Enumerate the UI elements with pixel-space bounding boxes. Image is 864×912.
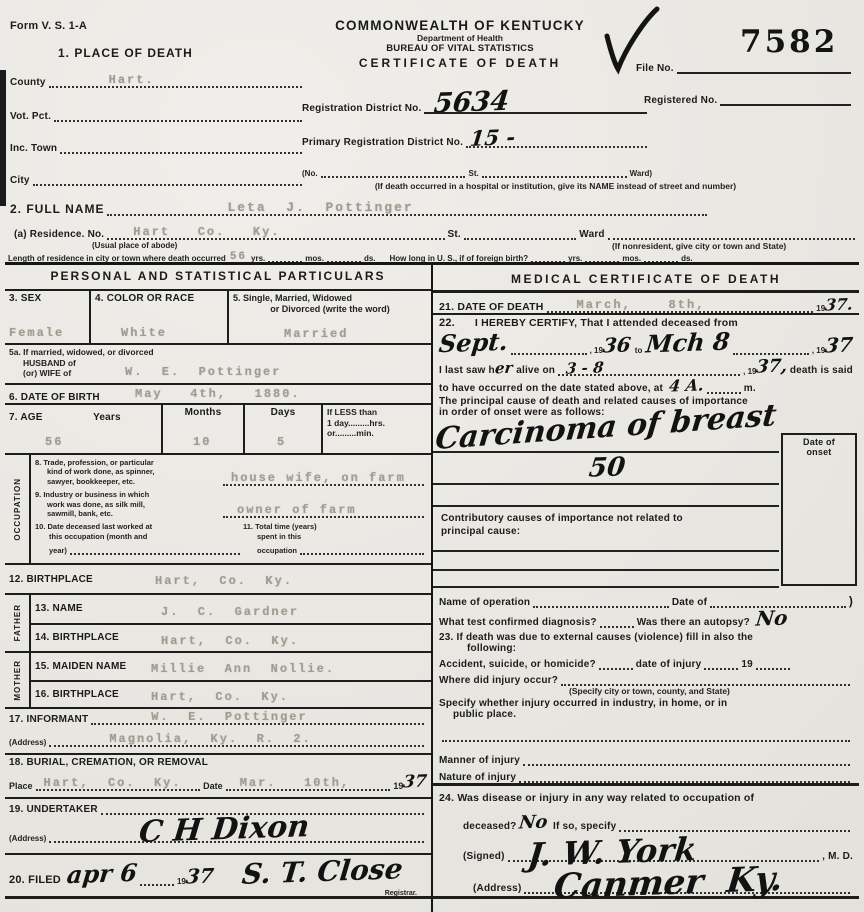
form-body: PERSONAL AND STATISTICAL PARTICULARS 3. … <box>5 262 859 912</box>
date-of-death-label: 21. DATE OF DEATH <box>439 301 544 313</box>
department-line: Department of Health <box>285 33 635 43</box>
total-time-field: 11. Total time (years) spent in this occ… <box>243 522 427 555</box>
street-no-line <box>321 164 466 178</box>
occupation-block: OCCUPATION 8. Trade, profession, or part… <box>5 455 431 565</box>
informant-line: W. E. Pottinger <box>91 711 424 725</box>
total-time-label-2: spent in this <box>257 532 427 541</box>
residence-field: (a) Residence. No. Hart Co. Ky. St. Ward <box>14 226 858 240</box>
street-st-label: St. <box>468 169 478 178</box>
operation-label: Name of operation <box>439 597 530 608</box>
item24-text: 24. Was disease or injury in any way rel… <box>439 792 853 804</box>
less-than-day-cell: If LESS than 1 day.........hrs. or......… <box>323 405 431 453</box>
industry-label-1: 9. Industry or business in which <box>35 490 220 499</box>
date-of-death-value: March, 8th, <box>577 298 706 312</box>
father-name-row: 13. NAME J. C. Gardner <box>31 595 431 625</box>
from-year-hand: 36 <box>602 334 632 355</box>
occupation-content: 8. Trade, profession, or particular kind… <box>31 455 431 563</box>
specify-text-1: Specify whether injury occurred in indus… <box>439 698 853 709</box>
industry-line: owner of farm <box>223 504 424 518</box>
filed-row: 20. FILED apr 6 19 37 S. T. Close Regist… <box>5 855 431 899</box>
full-name-field: 2. FULL NAME Leta J. Pottinger <box>10 202 710 216</box>
occurred-text: to have occurred on the date stated abov… <box>439 383 663 394</box>
where-label: Where did injury occur? <box>439 675 558 686</box>
residence-line: Hart Co. Ky. <box>107 226 444 240</box>
test-label: What test confirmed diagnosis? <box>439 617 597 628</box>
trade-label-3: sawyer, bookkeeper, etc. <box>47 477 220 486</box>
total-time-label-3: occupation <box>257 546 297 555</box>
undertaker-signature: C H Dixon <box>138 812 311 848</box>
county-value: Hart. <box>109 73 155 87</box>
father-name-value: J. C. Gardner <box>161 605 299 619</box>
mother-name-row: 15. MAIDEN NAME Millie Ann Nollie. <box>31 653 431 682</box>
industry-field: 9. Industry or business in which work wa… <box>35 490 427 518</box>
medical-certificate-column: MEDICAL CERTIFICATE OF DEATH 21. DATE OF… <box>433 265 859 912</box>
marital-cell: 5. Single, Married, Widowed or Divorced … <box>229 291 431 343</box>
item23-text-1: 23. If death was due to external causes … <box>439 632 853 643</box>
age-years-label: Years <box>93 412 121 423</box>
occurred-m-label: m. <box>744 383 756 394</box>
full-name-label: 2. FULL NAME <box>10 202 104 216</box>
trade-field: 8. Trade, profession, or particular kind… <box>35 458 427 486</box>
nature-row: Nature of injury <box>433 766 859 786</box>
saw-suffix: death is said <box>790 365 853 376</box>
personal-particulars-column: PERSONAL AND STATISTICAL PARTICULARS 3. … <box>5 265 433 912</box>
race-label: 4. COLOR OR RACE <box>95 293 223 304</box>
registration-district-field: Registration District No. 5634 <box>302 100 650 114</box>
file-no-label: File No. <box>636 63 674 74</box>
primary-district-line: 15 - <box>466 134 647 148</box>
burial-place-value: Hart, Co. Ky. <box>44 776 182 790</box>
operation-date-label: Date of <box>672 597 707 608</box>
residence-value: Hart Co. Ky. <box>133 225 280 239</box>
burial-date-value: Mar. 10th, <box>240 776 350 790</box>
injury-date-label: date of injury <box>636 659 702 670</box>
informant-row: 17. INFORMANT W. E. Pottinger (Address) … <box>5 709 431 755</box>
county-line: Hart. <box>49 74 302 88</box>
last-worked-field: 10. Date deceased last worked at this oc… <box>35 522 243 555</box>
dob-row: 6. DATE OF BIRTH May 4th, 1880. <box>5 385 431 405</box>
street-no-label: (No. <box>302 169 318 178</box>
burial-fields: Place Hart, Co. Ky. Date Mar. 10th, 19 3… <box>9 774 427 791</box>
to-year-hand: 37 <box>824 334 854 355</box>
mother-birthplace-label: 16. BIRTHPLACE <box>35 689 119 700</box>
industry-label-3: sawmill, bank, etc. <box>47 509 220 518</box>
dob-value: May 4th, 1880. <box>135 387 301 401</box>
burial-place-label: Place <box>9 781 33 791</box>
physician-address-hand: Canmer Ky. <box>553 862 785 904</box>
saw-year-hand: 37, <box>756 357 789 376</box>
autopsy-row: What test confirmed diagnosis? Was there… <box>433 608 859 628</box>
date-of-death-row: 21. DATE OF DEATH March, 8th, 19 37. <box>433 293 859 315</box>
date-of-death-line: March, 8th, <box>547 299 814 313</box>
burial-place-line: Hart, Co. Ky. <box>36 777 201 791</box>
registered-no-field: Registered No. <box>644 92 854 106</box>
registration-district-line: 5634 <box>424 100 647 114</box>
burial-date-line: Mar. 10th, <box>226 777 391 791</box>
commonwealth-title: COMMONWEALTH OF KENTUCKY <box>285 18 635 33</box>
cause-line-3 <box>433 505 779 507</box>
last-worked-label-3: year) <box>49 546 67 555</box>
city-label: City <box>10 175 30 186</box>
industry-value: owner of farm <box>237 503 357 517</box>
occurred-line: to have occurred on the date stated abov… <box>439 378 853 394</box>
onset-label-1: Date of <box>783 437 855 447</box>
external-blank-line <box>442 728 850 742</box>
item23-text-2: following: <box>467 643 853 654</box>
last-saw-line: I last saw h er alive on 3 - 8 , 19 37, … <box>439 358 853 376</box>
birthplace-value: Hart, Co. Ky. <box>155 574 293 588</box>
principal-text-1: The principal cause of death and related… <box>439 396 853 407</box>
where-note: (Specify city or town, county, and State… <box>569 686 853 696</box>
age-months-cell: Months 10 <box>163 405 245 453</box>
personal-title-row: PERSONAL AND STATISTICAL PARTICULARS <box>5 265 431 291</box>
mother-vertical-strip: MOTHER <box>5 653 31 707</box>
burial-row: 18. BURIAL, CREMATION, OR REMOVAL Place … <box>5 755 431 799</box>
burial-year-hand: 37 <box>402 774 427 792</box>
signed-row: (Signed) J. W. York , M. D. <box>463 848 853 862</box>
primary-district-label: Primary Registration District No. <box>302 137 463 148</box>
signed-label: (Signed) <box>463 851 505 862</box>
street-field: (No. St. Ward) <box>302 164 652 178</box>
race-value: White <box>121 326 167 340</box>
informant-label: 17. INFORMANT <box>9 714 88 725</box>
father-name-label: 13. NAME <box>35 603 83 614</box>
father-vertical-strip: FATHER <box>5 595 31 651</box>
filed-year-hand: 37 <box>185 865 215 886</box>
saw-er-hand: er <box>494 361 513 377</box>
file-no-field: File No. <box>636 60 854 74</box>
marital-label-2: or Divorced (write the word) <box>233 304 427 315</box>
county-label: County <box>10 77 46 88</box>
nature-label: Nature of injury <box>439 772 516 783</box>
attended-to-hand: Mch 8 <box>645 329 731 356</box>
primary-district-field: Primary Registration District No. 15 - <box>302 134 650 148</box>
saw-prefix: I last saw h <box>439 365 495 376</box>
undertaker-label: 19. UNDERTAKER <box>9 804 98 815</box>
marital-value: Married <box>284 327 348 341</box>
mother-birthplace-value: Hart, Co. Ky. <box>151 690 289 704</box>
dob-label: 6. DATE OF BIRTH <box>9 392 100 403</box>
mother-vertical-label: MOTHER <box>13 660 22 701</box>
undertaker-row: 19. UNDERTAKER (Address) C H Dixon <box>5 799 431 855</box>
deceased-row: deceased? No If so, specify <box>463 814 853 832</box>
if-so-label: If so, specify <box>553 821 616 832</box>
informant-address-line: Magnolia, Ky. R. 2. <box>49 733 424 747</box>
age-days-value: 5 <box>277 435 286 449</box>
age-days-label: Days <box>249 407 317 418</box>
county-field: County Hart. <box>10 74 305 88</box>
vot-pct-field: Vot. Pct. <box>10 108 305 122</box>
city-field: City <box>10 172 305 186</box>
informant-field: 17. INFORMANT W. E. Pottinger <box>9 711 427 725</box>
file-no-line <box>677 60 851 74</box>
informant-address-label: (Address) <box>9 738 46 747</box>
age-years-value: 56 <box>45 435 63 449</box>
trade-value: house wife, on farm <box>231 471 406 485</box>
undertaker-address-line: C H Dixon <box>49 829 424 843</box>
deceased-hand: No <box>518 813 548 832</box>
mother-birthplace-row: 16. BIRTHPLACE Hart, Co. Ky. <box>31 682 431 707</box>
sex-value: Female <box>9 326 64 340</box>
trade-label-1: 8. Trade, profession, or particular <box>35 458 220 467</box>
registrar-label: Registrar. <box>385 890 417 897</box>
mother-group: MOTHER 15. MAIDEN NAME Millie Ann Nollie… <box>5 653 431 709</box>
last-worked-line <box>70 541 240 555</box>
cause-of-death-area: Carcinoma of breast 50 Contributory caus… <box>433 413 859 588</box>
residence-st-line <box>464 226 576 240</box>
vot-pct-label: Vot. Pct. <box>10 111 51 122</box>
burial-label: 18. BURIAL, CREMATION, OR REMOVAL <box>9 757 427 768</box>
autopsy-label: Was there an autopsy? <box>637 617 750 628</box>
last-worked-total-row: 10. Date deceased last worked at this oc… <box>35 522 427 555</box>
specify-text-2: public place. <box>453 709 853 720</box>
certify-block: 22. I HEREBY CERTIFY, That I attended de… <box>433 315 859 413</box>
commonwealth-heading: COMMONWEALTH OF KENTUCKY Department of H… <box>285 18 635 70</box>
physician-address-label: (Address) <box>473 883 521 894</box>
manner-label: Manner of injury <box>439 755 520 766</box>
physician-address-row: (Address) Canmer Ky. <box>473 880 853 894</box>
undertaker-address-label: (Address) <box>9 834 46 843</box>
total-time-line <box>300 541 424 555</box>
father-vertical-label: FATHER <box>13 604 22 641</box>
accident-label: Accident, suicide, or homicide? <box>439 659 596 670</box>
age-months-label: Months <box>167 407 239 418</box>
contributory-line-2 <box>433 569 779 571</box>
sex-label: 3. SEX <box>9 293 85 304</box>
external-causes-block: 23. If death was due to external causes … <box>433 628 859 748</box>
residence-st-label: St. <box>448 229 461 240</box>
registrar-signature: S. T. Close <box>240 855 403 889</box>
registration-district-value: 5634 <box>433 88 511 118</box>
age-years-cell: 7. AGE Years 56 <box>5 405 163 453</box>
filed-date-hand: apr 6 <box>66 861 139 888</box>
mother-name-value: Millie Ann Nollie. <box>151 662 335 676</box>
last-worked-label-2: this occupation (month and <box>49 532 243 541</box>
medical-title-row: MEDICAL CERTIFICATE OF DEATH <box>433 265 859 293</box>
form-number: Form V. S. 1-A <box>10 20 87 32</box>
spouse-label-1: 5a. If married, widowed, or divorced <box>9 347 427 358</box>
birthplace-label: 12. BIRTHPLACE <box>9 574 93 585</box>
bureau-line: BUREAU OF VITAL STATISTICS <box>285 43 635 54</box>
trade-line: house wife, on farm <box>223 472 424 486</box>
operation-row: Name of operation Date of ) <box>433 588 859 608</box>
mother-name-label: 15. MAIDEN NAME <box>35 661 126 672</box>
age-days-cell: Days 5 <box>245 405 323 453</box>
onset-label-2: onset <box>783 447 855 457</box>
hospital-note: (If death occurred in a hospital or inst… <box>268 181 843 191</box>
city-line <box>33 172 302 186</box>
md-label: , M. D. <box>822 851 853 862</box>
personal-title: PERSONAL AND STATISTICAL PARTICULARS <box>50 269 385 283</box>
occurred-time-hand: 4 A. <box>668 377 704 394</box>
contributory-line-3 <box>433 586 779 588</box>
date-of-onset-box: Date of onset <box>781 433 857 586</box>
scan-edge-artifact <box>0 70 6 206</box>
burial-date-label: Date <box>203 781 223 791</box>
attended-from-hand: Sept. <box>438 330 509 357</box>
manner-row: Manner of injury <box>433 748 859 766</box>
full-name-line: Leta J. Pottinger <box>107 202 707 216</box>
cause-duration-hand: 50 <box>587 454 626 481</box>
birthplace-row: 12. BIRTHPLACE Hart, Co. Ky. <box>5 565 431 595</box>
deceased-label: deceased? <box>463 821 517 832</box>
dod-year-hand: 37. <box>824 296 854 313</box>
father-birthplace-row: 14. BIRTHPLACE Hart, Co. Ky. <box>31 625 431 651</box>
inc-town-line <box>60 140 302 154</box>
residence-label: (a) Residence. No. <box>14 229 104 240</box>
age-months-value: 10 <box>193 435 211 449</box>
contributory-line-1 <box>433 550 779 552</box>
certificate-stamp-number: 7582 <box>740 24 838 60</box>
contributory-text-2: principal cause: <box>441 526 520 537</box>
father-birthplace-label: 14. BIRTHPLACE <box>35 632 119 643</box>
autopsy-hand: No <box>755 607 789 628</box>
less-line-2: 1 day.........hrs. <box>327 418 427 429</box>
saw-alive-label: alive on <box>516 365 555 376</box>
occupation-vertical-strip: OCCUPATION <box>5 455 31 563</box>
full-name-value: Leta J. Pottinger <box>227 200 413 215</box>
injury-year-label: 19 <box>741 659 753 670</box>
informant-value: W. E. Pottinger <box>151 710 307 724</box>
registered-no-label: Registered No. <box>644 95 717 106</box>
from-year-printed: , 19 <box>590 346 603 355</box>
length-of-residence-strip: Length of residence in city or town wher… <box>8 249 858 263</box>
residence-ward-line <box>608 226 855 240</box>
father-group: FATHER 13. NAME J. C. Gardner 14. BIRTHP… <box>5 595 431 653</box>
certificate-title: CERTIFICATE OF DEATH <box>285 56 635 70</box>
less-line-3: or.........min. <box>327 428 427 439</box>
age-label: 7. AGE <box>9 412 43 423</box>
street-st-line <box>482 164 627 178</box>
saw-date-hand: 3 - 8 <box>565 360 604 376</box>
certify-from-line: Sept. , 19 36 to Mch 8 , 19 37 <box>439 331 853 355</box>
less-line-1: If LESS than <box>327 407 427 418</box>
death-certificate-scan: Form V. S. 1-A 1. PLACE OF DEATH County … <box>0 0 864 912</box>
informant-address-value: Magnolia, Ky. R. 2. <box>109 732 311 746</box>
place-of-death-heading: 1. PLACE OF DEATH <box>58 46 193 60</box>
age-row: 7. AGE Years 56 Months 10 Days 5 If LESS… <box>5 405 431 455</box>
trade-label-2: kind of work done, as spinner, <box>47 467 220 476</box>
registered-no-line <box>720 92 851 106</box>
primary-district-value: 15 - <box>469 126 516 149</box>
industry-label-2: work was done, as silk mill, <box>47 500 220 509</box>
where-injury-row: Where did injury occur? <box>439 672 853 686</box>
occupation-relation-block: 24. Was disease or injury in any way rel… <box>433 786 859 899</box>
to-label: to <box>635 346 643 355</box>
contributory-text-1: Contributory causes of importance not re… <box>441 513 683 524</box>
sex-cell: 3. SEX Female <box>5 291 91 343</box>
item22-number: 22. <box>439 317 455 329</box>
registration-district-label: Registration District No. <box>302 103 421 114</box>
residence-ward-label: Ward <box>579 229 604 240</box>
cause-line-2 <box>433 483 779 485</box>
spouse-row: 5a. If married, widowed, or divorced HUS… <box>5 345 431 385</box>
vot-pct-line <box>54 108 302 122</box>
father-birthplace-value: Hart, Co. Ky. <box>161 634 299 648</box>
sex-race-marital-row: 3. SEX Female 4. COLOR OR RACE White 5. … <box>5 291 431 345</box>
undertaker-address-field: (Address) C H Dixon <box>9 829 427 843</box>
filed-label: 20. FILED <box>9 874 61 886</box>
operation-paren: ) <box>849 594 853 608</box>
street-ward-label: Ward) <box>630 169 652 178</box>
accident-row: Accident, suicide, or homicide? date of … <box>439 656 853 670</box>
marital-label-1: 5. Single, Married, Widowed <box>233 293 427 304</box>
medical-title: MEDICAL CERTIFICATE OF DEATH <box>511 272 781 286</box>
spouse-value: W. E. Pottinger <box>125 365 281 379</box>
last-worked-label-1: 10. Date deceased last worked at <box>35 522 243 531</box>
race-cell: 4. COLOR OR RACE White <box>91 291 229 343</box>
occupation-vertical-label: OCCUPATION <box>13 478 22 541</box>
inc-town-label: Inc. Town <box>10 143 57 154</box>
informant-address-field: (Address) Magnolia, Ky. R. 2. <box>9 733 427 747</box>
total-time-label-1: 11. Total time (years) <box>243 522 427 531</box>
inc-town-field: Inc. Town <box>10 140 305 154</box>
